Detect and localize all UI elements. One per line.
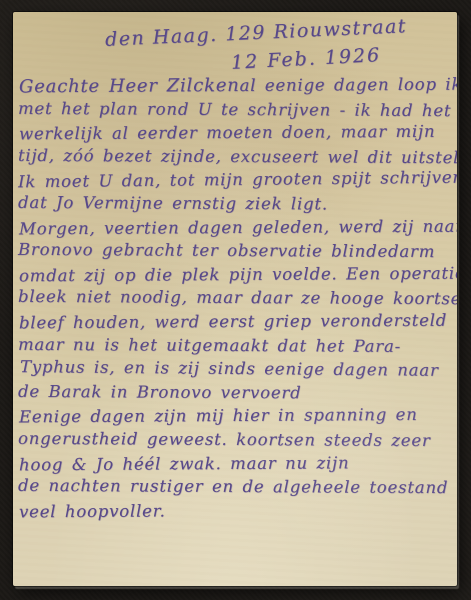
letter-line: maar nu is het uitgemaakt dat het Para- <box>18 332 455 358</box>
salutation-row: Geachte Heer Zilcken al eenige dagen loo… <box>19 73 456 99</box>
letter-salutation: Geachte Heer Zilcken <box>19 74 240 99</box>
letter-date-line: 12 Feb. 1926 <box>231 44 382 74</box>
letter-line: Ik moet U dan, tot mijn grooten spijt sc… <box>18 166 455 194</box>
letter-body: Geachte Heer Zilcken al eenige dagen loo… <box>18 74 455 522</box>
letter-line: omdat zij op die plek pijn voelde. Een o… <box>19 261 456 287</box>
letter-line: hoog & Jo héél zwak. maar nu zijn <box>19 450 456 476</box>
letter-line: Bronovo gebracht ter observatie blindeda… <box>18 238 455 264</box>
letter-line: de Barak in Bronovo vervoerd <box>18 380 455 406</box>
letter-line: Typhus is, en is zij sinds eenige dagen … <box>20 355 457 382</box>
letter-line: met het plan rond U te schrijven - ik ha… <box>18 96 455 122</box>
letter-paper: den Haag. 129 Riouwstraat 12 Feb. 1926 G… <box>13 12 457 586</box>
letter-line: bleek niet noodig, maar daar ze hooge ko… <box>18 285 455 311</box>
letter-line: dat Jo Vermijne ernstig ziek ligt. <box>18 191 455 217</box>
letter-line: Morgen, veertien dagen geleden, werd zij… <box>19 214 456 240</box>
letter-line: Eenige dagen zijn mij hier in spanning e… <box>19 403 456 429</box>
letter-line: werkelijk al eerder moeten doen, maar mi… <box>19 120 456 146</box>
letter-line: veel hoopvoller. <box>19 497 456 523</box>
letter-line: ongerustheid geweest. koortsen steeds ze… <box>18 427 455 453</box>
letter-line: bleef houden, werd eerst griep veronders… <box>19 309 456 335</box>
letter-line: de nachten rustiger en de algeheele toes… <box>18 474 455 500</box>
letter-opening-line: al eenige dagen loop ik <box>240 73 457 98</box>
